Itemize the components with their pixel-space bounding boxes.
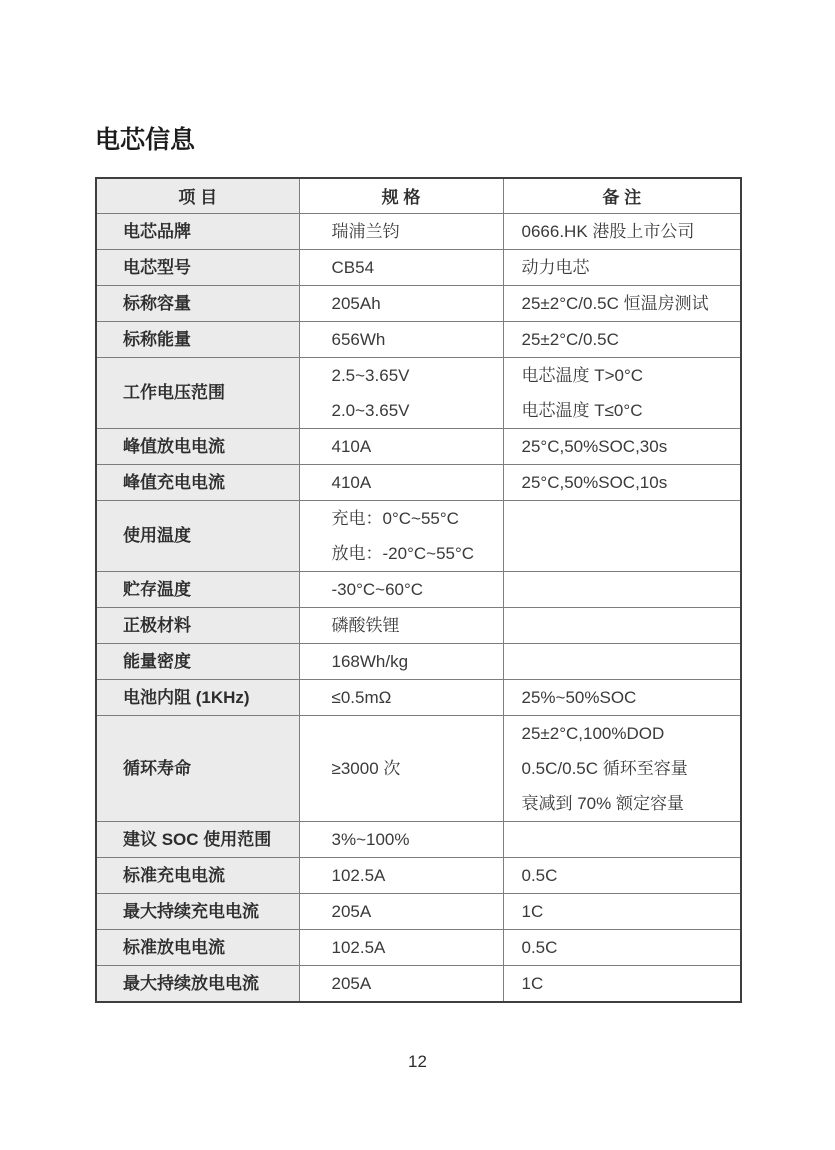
cell-line: 3%~100% bbox=[300, 822, 503, 857]
table-row: 标准充电电流 102.5A 0.5C bbox=[96, 857, 741, 893]
cell-line: 峰值放电电流 bbox=[97, 429, 299, 464]
cell-note: 1C bbox=[503, 965, 741, 1002]
cell-item: 最大持续放电电流 bbox=[96, 965, 299, 1002]
cell-line: 正极材料 bbox=[97, 608, 299, 643]
table-row: 使用温度 充电：0°C~55°C 放电：-20°C~55°C bbox=[96, 500, 741, 571]
cell-spec: 205Ah bbox=[299, 285, 503, 321]
table-header-row: 项 目 规 格 备 注 bbox=[96, 178, 741, 213]
cell-note: 0666.HK 港股上市公司 bbox=[503, 213, 741, 249]
table-row: 电芯型号 CB54 动力电芯 bbox=[96, 249, 741, 285]
cell-line: 使用温度 bbox=[97, 518, 299, 553]
cell-line: 工作电压范围 bbox=[97, 375, 299, 410]
cell-spec: CB54 bbox=[299, 249, 503, 285]
cell-spec: 102.5A bbox=[299, 857, 503, 893]
cell-spec: -30°C~60°C bbox=[299, 571, 503, 607]
cell-line: 102.5A bbox=[300, 858, 503, 893]
cell-line: 建议 SOC 使用范围 bbox=[97, 822, 299, 857]
cell-line: 25±2°C,100%DOD bbox=[504, 716, 741, 751]
cell-note: 25°C,50%SOC,10s bbox=[503, 464, 741, 500]
cell-note: 25%~50%SOC bbox=[503, 679, 741, 715]
cell-line: 25±2°C/0.5C 恒温房测试 bbox=[504, 286, 741, 321]
cell-line: 0666.HK 港股上市公司 bbox=[504, 214, 741, 249]
cell-note bbox=[503, 571, 741, 607]
cell-line: 电芯温度 T>0°C bbox=[504, 358, 741, 393]
cell-line: 1C bbox=[504, 966, 741, 1001]
cell-line: ≤0.5mΩ bbox=[300, 680, 503, 715]
cell-line: 168Wh/kg bbox=[300, 644, 503, 679]
cell-item: 电池内阻 (1KHz) bbox=[96, 679, 299, 715]
cell-line: 电池内阻 (1KHz) bbox=[97, 680, 299, 715]
cell-item: 标称能量 bbox=[96, 321, 299, 357]
page-number: 12 bbox=[0, 1052, 835, 1072]
cell-line: 峰值充电电流 bbox=[97, 465, 299, 500]
cell-spec: 656Wh bbox=[299, 321, 503, 357]
cell-note: 25°C,50%SOC,30s bbox=[503, 428, 741, 464]
cell-item: 电芯品牌 bbox=[96, 213, 299, 249]
cell-note: 动力电芯 bbox=[503, 249, 741, 285]
cell-item: 峰值充电电流 bbox=[96, 464, 299, 500]
cell-line: 动力电芯 bbox=[504, 250, 741, 285]
cell-line: 0.5C bbox=[504, 858, 741, 893]
cell-spec: ≥3000 次 bbox=[299, 715, 503, 821]
cell-line: 0.5C/0.5C 循环至容量 bbox=[504, 751, 741, 786]
cell-line: 标准充电电流 bbox=[97, 858, 299, 893]
cell-spec: 410A bbox=[299, 428, 503, 464]
cell-note bbox=[503, 821, 741, 857]
cell-spec: 磷酸铁锂 bbox=[299, 607, 503, 643]
cell-spec: 瑞浦兰钧 bbox=[299, 213, 503, 249]
cell-item: 建议 SOC 使用范围 bbox=[96, 821, 299, 857]
table-row: 贮存温度 -30°C~60°C bbox=[96, 571, 741, 607]
cell-note: 0.5C bbox=[503, 857, 741, 893]
cell-line: 标准放电电流 bbox=[97, 930, 299, 965]
table-row: 标称容量 205Ah 25±2°C/0.5C 恒温房测试 bbox=[96, 285, 741, 321]
cell-line: 25±2°C/0.5C bbox=[504, 322, 741, 357]
cell-line: 656Wh bbox=[300, 322, 503, 357]
cell-item: 标准放电电流 bbox=[96, 929, 299, 965]
cell-spec: 充电：0°C~55°C 放电：-20°C~55°C bbox=[299, 500, 503, 571]
cell-line: 磷酸铁锂 bbox=[300, 608, 503, 643]
cell-line: -30°C~60°C bbox=[300, 572, 503, 607]
table-row: 峰值充电电流 410A 25°C,50%SOC,10s bbox=[96, 464, 741, 500]
header-note: 备 注 bbox=[503, 178, 741, 213]
cell-spec: 410A bbox=[299, 464, 503, 500]
header-item: 项 目 bbox=[96, 178, 299, 213]
table-row: 电芯品牌 瑞浦兰钧 0666.HK 港股上市公司 bbox=[96, 213, 741, 249]
cell-spec: 205A bbox=[299, 893, 503, 929]
cell-spec: 2.5~3.65V 2.0~3.65V bbox=[299, 357, 503, 428]
cell-item: 贮存温度 bbox=[96, 571, 299, 607]
cell-line: 410A bbox=[300, 465, 503, 500]
cell-note bbox=[503, 607, 741, 643]
cell-item: 循环寿命 bbox=[96, 715, 299, 821]
cell-line: 充电：0°C~55°C bbox=[300, 501, 503, 536]
cell-spec-table: 项 目 规 格 备 注 电芯品牌 瑞浦兰钧 0666.HK 港股上市公司 电芯型… bbox=[95, 177, 742, 1003]
table-body: 电芯品牌 瑞浦兰钧 0666.HK 港股上市公司 电芯型号 CB54 动力电芯 … bbox=[96, 213, 741, 1002]
cell-spec: 168Wh/kg bbox=[299, 643, 503, 679]
table-row: 最大持续放电电流 205A 1C bbox=[96, 965, 741, 1002]
cell-line: CB54 bbox=[300, 250, 503, 285]
cell-line: 最大持续充电电流 bbox=[97, 894, 299, 929]
cell-item: 标准充电电流 bbox=[96, 857, 299, 893]
cell-line: 1C bbox=[504, 894, 741, 929]
cell-spec: ≤0.5mΩ bbox=[299, 679, 503, 715]
cell-note: 25±2°C,100%DOD 0.5C/0.5C 循环至容量 衰减到 70% 额… bbox=[503, 715, 741, 821]
cell-line: 贮存温度 bbox=[97, 572, 299, 607]
cell-line: 205A bbox=[300, 966, 503, 1001]
cell-spec: 205A bbox=[299, 965, 503, 1002]
cell-line: 0.5C bbox=[504, 930, 741, 965]
cell-line: 410A bbox=[300, 429, 503, 464]
cell-item: 使用温度 bbox=[96, 500, 299, 571]
cell-item: 峰值放电电流 bbox=[96, 428, 299, 464]
table-row: 能量密度 168Wh/kg bbox=[96, 643, 741, 679]
table-row: 正极材料 磷酸铁锂 bbox=[96, 607, 741, 643]
table-row: 电池内阻 (1KHz) ≤0.5mΩ 25%~50%SOC bbox=[96, 679, 741, 715]
cell-note: 0.5C bbox=[503, 929, 741, 965]
cell-line: 衰减到 70% 额定容量 bbox=[504, 786, 741, 821]
cell-item: 工作电压范围 bbox=[96, 357, 299, 428]
cell-item: 能量密度 bbox=[96, 643, 299, 679]
table-row: 标准放电电流 102.5A 0.5C bbox=[96, 929, 741, 965]
cell-line: 205A bbox=[300, 894, 503, 929]
cell-line: 电芯品牌 bbox=[97, 214, 299, 249]
cell-item: 标称容量 bbox=[96, 285, 299, 321]
cell-line: 25°C,50%SOC,10s bbox=[504, 465, 741, 500]
cell-spec: 102.5A bbox=[299, 929, 503, 965]
table-row: 循环寿命 ≥3000 次 25±2°C,100%DOD 0.5C/0.5C 循环… bbox=[96, 715, 741, 821]
cell-item: 电芯型号 bbox=[96, 249, 299, 285]
cell-spec: 3%~100% bbox=[299, 821, 503, 857]
cell-line: 最大持续放电电流 bbox=[97, 966, 299, 1001]
cell-note: 25±2°C/0.5C bbox=[503, 321, 741, 357]
cell-line: 放电：-20°C~55°C bbox=[300, 536, 503, 571]
cell-note: 25±2°C/0.5C 恒温房测试 bbox=[503, 285, 741, 321]
cell-line: 2.5~3.65V bbox=[300, 358, 503, 393]
cell-item: 最大持续充电电流 bbox=[96, 893, 299, 929]
cell-note: 1C bbox=[503, 893, 741, 929]
cell-line: 电芯型号 bbox=[97, 250, 299, 285]
table-row: 峰值放电电流 410A 25°C,50%SOC,30s bbox=[96, 428, 741, 464]
cell-line: 循环寿命 bbox=[97, 751, 299, 786]
page-title: 电芯信息 bbox=[95, 120, 195, 156]
cell-note bbox=[503, 643, 741, 679]
cell-line: 2.0~3.65V bbox=[300, 393, 503, 428]
cell-line: 102.5A bbox=[300, 930, 503, 965]
cell-line: 205Ah bbox=[300, 286, 503, 321]
cell-line: 25%~50%SOC bbox=[504, 680, 741, 715]
table-row: 标称能量 656Wh 25±2°C/0.5C bbox=[96, 321, 741, 357]
cell-note bbox=[503, 500, 741, 571]
cell-line: 25°C,50%SOC,30s bbox=[504, 429, 741, 464]
cell-line: 标称能量 bbox=[97, 322, 299, 357]
cell-item: 正极材料 bbox=[96, 607, 299, 643]
table-row: 工作电压范围 2.5~3.65V 2.0~3.65V 电芯温度 T>0°C 电芯… bbox=[96, 357, 741, 428]
header-spec: 规 格 bbox=[299, 178, 503, 213]
cell-line: ≥3000 次 bbox=[300, 751, 503, 786]
table-row: 最大持续充电电流 205A 1C bbox=[96, 893, 741, 929]
cell-line: 电芯温度 T≤0°C bbox=[504, 393, 741, 428]
cell-note: 电芯温度 T>0°C 电芯温度 T≤0°C bbox=[503, 357, 741, 428]
cell-line: 标称容量 bbox=[97, 286, 299, 321]
cell-line: 瑞浦兰钧 bbox=[300, 214, 503, 249]
table-row: 建议 SOC 使用范围 3%~100% bbox=[96, 821, 741, 857]
cell-line: 能量密度 bbox=[97, 644, 299, 679]
